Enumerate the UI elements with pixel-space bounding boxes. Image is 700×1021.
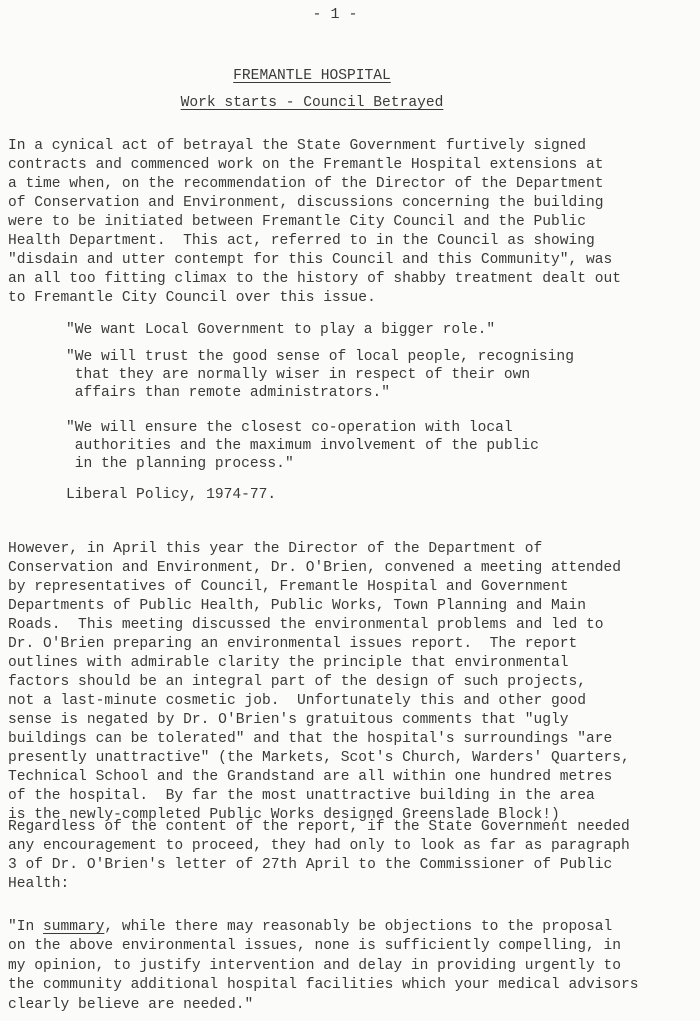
title-text: FREMANTLE HOSPITAL <box>233 68 391 84</box>
text-line: the community additional hospital facili… <box>8 976 639 995</box>
quote-2: "We will trust the good sense of local p… <box>66 348 574 402</box>
text-line: that they are normally wiser in respect … <box>66 366 574 384</box>
text-line: Health: <box>8 875 630 894</box>
text-line: "In summary, while there may reasonably … <box>8 918 639 937</box>
text-line: affairs than remote administrators." <box>66 384 574 402</box>
subtitle-text: Work starts - Council Betrayed <box>181 95 444 111</box>
text-line: factors should be an integral part of th… <box>8 673 630 692</box>
text-line: by representatives of Council, Fremantle… <box>8 578 630 597</box>
paragraph-letter-quote: "In summary, while there may reasonably … <box>8 918 639 1015</box>
text-line: Roads. This meeting discussed the enviro… <box>8 616 630 635</box>
text-line: an all too fitting climax to the history… <box>8 270 621 289</box>
text-fragment: "In <box>8 919 43 935</box>
paragraph-intro: In a cynical act of betrayal the State G… <box>8 137 621 308</box>
text-line: outlines with admirable clarity the prin… <box>8 654 630 673</box>
text-line: my opinion, to justify intervention and … <box>8 957 639 976</box>
text-line: In a cynical act of betrayal the State G… <box>8 137 621 156</box>
quote-1: "We want Local Government to play a bigg… <box>66 321 495 339</box>
document-subtitle: Work starts - Council Betrayed <box>0 95 624 111</box>
text-line: Technical School and the Grandstand are … <box>8 768 630 787</box>
text-line: Regardless of the content of the report,… <box>8 818 630 837</box>
text-line: "We will ensure the closest co-operation… <box>66 419 539 437</box>
text-line: any encouragement to proceed, they had o… <box>8 837 630 856</box>
quote-3: "We will ensure the closest co-operation… <box>66 419 539 473</box>
text-line: Dr. O'Brien preparing an environmental i… <box>8 635 630 654</box>
text-line: in the planning process." <box>66 455 539 473</box>
text-line: on the above environmental issues, none … <box>8 937 639 956</box>
quote-attribution: Liberal Policy, 1974-77. <box>66 487 276 503</box>
text-line: contracts and commenced work on the Frem… <box>8 156 621 175</box>
text-line: were to be initiated between Fremantle C… <box>8 213 621 232</box>
text-line: of Conservation and Environment, discuss… <box>8 194 621 213</box>
text-line: presently unattractive" (the Markets, Sc… <box>8 749 630 768</box>
text-fragment: , while there may reasonably be objectio… <box>104 919 612 935</box>
text-line: to Fremantle City Council over this issu… <box>8 289 621 308</box>
text-line: However, in April this year the Director… <box>8 540 630 559</box>
text-line: Departments of Public Health, Public Wor… <box>8 597 630 616</box>
page-number: - 1 - <box>0 6 670 23</box>
text-line: clearly believe are needed." <box>8 996 639 1015</box>
text-line: "We will trust the good sense of local p… <box>66 348 574 366</box>
text-line: buildings can be tolerated" and that the… <box>8 730 630 749</box>
text-line: not a last-minute cosmetic job. Unfortun… <box>8 692 630 711</box>
text-line: "disdain and utter contempt for this Cou… <box>8 251 621 270</box>
paragraph-letter: Regardless of the content of the report,… <box>8 818 630 894</box>
text-line: sense is negated by Dr. O'Brien's gratui… <box>8 711 630 730</box>
paragraph-meeting: However, in April this year the Director… <box>8 540 630 825</box>
text-line: authorities and the maximum involvement … <box>66 437 539 455</box>
text-line: a time when, on the recommendation of th… <box>8 175 621 194</box>
document-page: - 1 - FREMANTLE HOSPITAL Work starts - C… <box>0 0 700 1021</box>
document-title: FREMANTLE HOSPITAL <box>0 68 624 84</box>
text-line: Health Department. This act, referred to… <box>8 232 621 251</box>
text-line: 3 of Dr. O'Brien's letter of 27th April … <box>8 856 630 875</box>
underlined-word: summary <box>43 919 104 935</box>
text-line: Conservation and Environment, Dr. O'Brie… <box>8 559 630 578</box>
text-line: of the hospital. By far the most unattra… <box>8 787 630 806</box>
text-line: "We want Local Government to play a bigg… <box>66 321 495 339</box>
